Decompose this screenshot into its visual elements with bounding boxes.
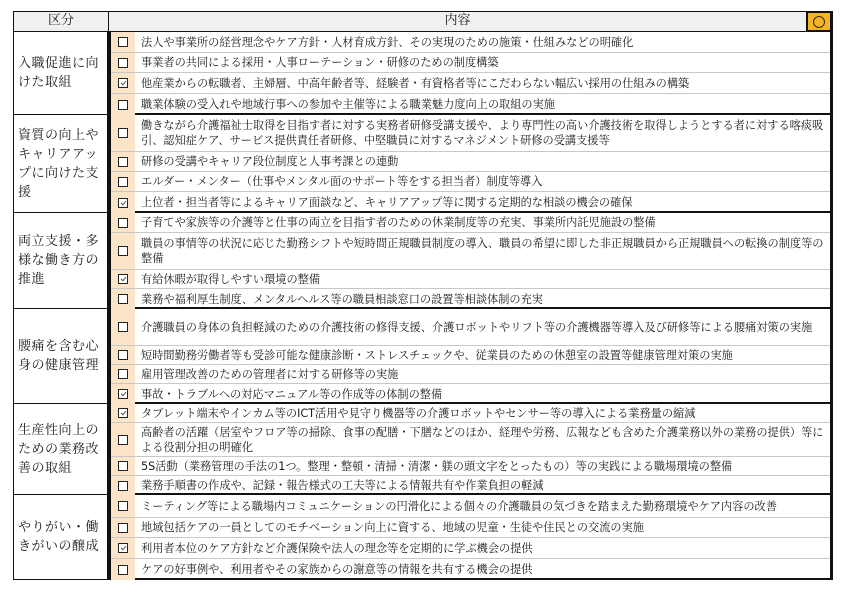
list-item: 有給休暇が取得しやすい環境の整備 <box>111 270 830 289</box>
unchecked-checkbox[interactable] <box>118 435 128 445</box>
unchecked-checkbox[interactable] <box>118 157 128 167</box>
item-text: 職員の事情等の状況に応じた勤務シフトや短時間正規職員制度の導入、職員の希望に即し… <box>141 233 830 269</box>
unchecked-checkbox[interactable] <box>118 501 128 511</box>
list-item: 職業体験の受入れや地域行事への参加や主催等による職業魅力度向上の取組の実施 <box>111 94 830 115</box>
checked-checkbox[interactable] <box>118 78 128 88</box>
unchecked-checkbox[interactable] <box>118 350 128 360</box>
list-item: 業務手順書の作成や、記録・報告様式の工夫等による情報共有や作業負担の軽減 <box>111 476 830 495</box>
section: 資質の向上やキャリアアップに向けた支援働きながら介護福祉士取得を目指す者に対する… <box>13 115 833 213</box>
item-text: 職業体験の受入れや地域行事への参加や主催等による職業魅力度向上の取組の実施 <box>141 94 830 115</box>
list-item: 利用者本位のケア方針など介護保険や法人の理念等を定期的に学ぶ機会の提供 <box>111 538 830 559</box>
circle-mark-icon <box>806 11 832 32</box>
items-list: 介護職員の身体の負担軽減のための介護技術の修得支援、介護ロボットやリフト等の介護… <box>108 309 833 404</box>
list-item: 地域包括ケアの一員としてのモチベーション向上に資する、地域の児童・生徒や住民との… <box>111 518 830 538</box>
list-item: 研修の受講やキャリア段位制度と人事考課との連動 <box>111 152 830 172</box>
item-text: 地域包括ケアの一員としてのモチベーション向上に資する、地域の児童・生徒や住民との… <box>141 518 830 537</box>
checkbox-cell <box>111 309 135 345</box>
unchecked-checkbox[interactable] <box>118 100 128 110</box>
checkbox-cell <box>111 32 135 52</box>
list-item: 事故・トラブルへの対応マニュアル等の作成等の体制の整備 <box>111 384 830 404</box>
checkbox-cell <box>111 233 135 269</box>
items-list: タブレット端末やインカム等のICT活用や見守り機器等の介護ロボットやセンサー等の… <box>108 404 833 495</box>
item-text: ミーティング等による職場内コミュニケーションの円滑化による個々の介護職員の気づき… <box>141 495 830 517</box>
category-label: 資質の向上やキャリアアップに向けた支援 <box>13 115 108 213</box>
checked-checkbox[interactable] <box>118 408 128 418</box>
section: 入職促進に向けた取組法人や事業所の経営理念やケア方針・人材育成方針、その実現のた… <box>13 32 833 115</box>
section: 生産性向上のための業務改善の取組タブレット端末やインカム等のICT活用や見守り機… <box>13 404 833 495</box>
item-text: 業務手順書の作成や、記録・報告様式の工夫等による情報共有や作業負担の軽減 <box>141 476 830 495</box>
category-label: 両立支援・多様な働き方の推進 <box>13 213 108 309</box>
checkbox-cell <box>111 423 135 456</box>
header-content: 内容 <box>109 12 806 31</box>
item-text: 利用者本位のケア方針など介護保険や法人の理念等を定期的に学ぶ機会の提供 <box>141 538 830 558</box>
unchecked-checkbox[interactable] <box>118 37 128 47</box>
item-text: 上位者・担当者等によるキャリア面談など、キャリアアップ等に関する定期的な相談の機… <box>141 192 830 213</box>
section: 腰痛を含む心身の健康管理介護職員の身体の負担軽減のための介護技術の修得支援、介護… <box>13 309 833 404</box>
item-text: 介護職員の身体の負担軽減のための介護技術の修得支援、介護ロボットやリフト等の介護… <box>141 309 830 345</box>
list-item: 事業者の共同による採用・人事ローテーション・研修のための制度構築 <box>111 53 830 73</box>
unchecked-checkbox[interactable] <box>118 322 128 332</box>
checkbox-cell <box>111 289 135 309</box>
checkbox-cell <box>111 152 135 171</box>
items-list: 法人や事業所の経営理念やケア方針・人材育成方針、その実現のための施策・仕組みなど… <box>108 32 833 115</box>
item-text: 雇用管理改善のための管理者に対する研修等の実施 <box>141 365 830 383</box>
unchecked-checkbox[interactable] <box>118 369 128 379</box>
category-label: 生産性向上のための業務改善の取組 <box>13 404 108 495</box>
item-text: エルダー・メンター（仕事やメンタル面のサポート等をする担当者）制度等導入 <box>141 172 830 191</box>
checked-checkbox[interactable] <box>118 543 128 553</box>
list-item: ケアの好事例や、利用者やその家族からの謝意等の情報を共有する機会の提供 <box>111 559 830 580</box>
list-item: 高齢者の活躍（居室やフロア等の掃除、食事の配膳・下膳などのほか、経理や労務、広報… <box>111 423 830 457</box>
list-item: エルダー・メンター（仕事やメンタル面のサポート等をする担当者）制度等導入 <box>111 172 830 192</box>
list-item: ミーティング等による職場内コミュニケーションの円滑化による個々の介護職員の気づき… <box>111 495 830 518</box>
item-text: 働きながら介護福祉士取得を目指す者に対する実務者研修受講支援や、より専門性の高い… <box>141 115 830 151</box>
checked-checkbox[interactable] <box>118 198 128 208</box>
item-text: 子育てや家族等の介護等と仕事の両立を目指す者のための休業制度等の充実、事業所内託… <box>141 213 830 232</box>
checkbox-cell <box>111 538 135 558</box>
checkbox-cell <box>111 365 135 383</box>
item-text: 事故・トラブルへの対応マニュアル等の作成等の体制の整備 <box>141 384 830 404</box>
checkbox-cell <box>111 213 135 232</box>
checkbox-cell <box>111 73 135 93</box>
checked-checkbox[interactable] <box>118 274 128 284</box>
list-item: 他産業からの転職者、主婦層、中高年齢者等、経験者・有資格者等にこだわらない幅広い… <box>111 73 830 94</box>
item-text: 短時間勤務労働者等も受診可能な健康診断・ストレスチェックや、従業員のための休憩室… <box>141 346 830 364</box>
table-header: 区分 内容 <box>13 11 833 32</box>
checkbox-cell <box>111 53 135 72</box>
unchecked-checkbox[interactable] <box>118 481 128 491</box>
list-item: 職員の事情等の状況に応じた勤務シフトや短時間正規職員制度の導入、職員の希望に即し… <box>111 233 830 270</box>
category-label: 腰痛を含む心身の健康管理 <box>13 309 108 404</box>
checkbox-cell <box>111 476 135 495</box>
list-item: 介護職員の身体の負担軽減のための介護技術の修得支援、介護ロボットやリフト等の介護… <box>111 309 830 346</box>
category-label: やりがい・働きがいの醸成 <box>13 495 108 580</box>
unchecked-checkbox[interactable] <box>118 218 128 228</box>
list-item: 働きながら介護福祉士取得を目指す者に対する実務者研修受講支援や、より専門性の高い… <box>111 115 830 152</box>
checkbox-cell <box>111 404 135 422</box>
unchecked-checkbox[interactable] <box>118 128 128 138</box>
item-text: 有給休暇が取得しやすい環境の整備 <box>141 270 830 288</box>
checkbox-cell <box>111 115 135 151</box>
list-item: 業務や福利厚生制度、メンタルヘルス等の職員相談窓口の設置等相談体制の充実 <box>111 289 830 309</box>
items-list: 働きながら介護福祉士取得を目指す者に対する実務者研修受講支援や、より専門性の高い… <box>108 115 833 213</box>
unchecked-checkbox[interactable] <box>118 461 128 471</box>
items-list: 子育てや家族等の介護等と仕事の両立を目指す者のための休業制度等の充実、事業所内託… <box>108 213 833 309</box>
unchecked-checkbox[interactable] <box>118 294 128 304</box>
list-item: 雇用管理改善のための管理者に対する研修等の実施 <box>111 365 830 384</box>
item-text: 業務や福利厚生制度、メンタルヘルス等の職員相談窓口の設置等相談体制の充実 <box>141 289 830 309</box>
checkbox-cell <box>111 172 135 191</box>
item-text: 他産業からの転職者、主婦層、中高年齢者等、経験者・有資格者等にこだわらない幅広い… <box>141 73 830 93</box>
checkbox-cell <box>111 346 135 364</box>
list-item: 法人や事業所の経営理念やケア方針・人材育成方針、その実現のための施策・仕組みなど… <box>111 32 830 53</box>
checkbox-cell <box>111 495 135 517</box>
checkbox-cell <box>111 559 135 580</box>
list-item: 子育てや家族等の介護等と仕事の両立を目指す者のための休業制度等の充実、事業所内託… <box>111 213 830 233</box>
unchecked-checkbox[interactable] <box>118 177 128 187</box>
unchecked-checkbox[interactable] <box>118 523 128 533</box>
checkbox-cell <box>111 384 135 404</box>
header-category: 区分 <box>14 12 109 31</box>
item-text: 5S活動（業務管理の手法の1つ。整理・整頓・清掃・清潔・躾の頭文字をとったもの）… <box>141 457 830 475</box>
item-text: 高齢者の活躍（居室やフロア等の掃除、食事の配膳・下膳などのほか、経理や労務、広報… <box>141 423 830 456</box>
item-text: ケアの好事例や、利用者やその家族からの謝意等の情報を共有する機会の提供 <box>141 559 830 580</box>
items-list: ミーティング等による職場内コミュニケーションの円滑化による個々の介護職員の気づき… <box>108 495 833 580</box>
unchecked-checkbox[interactable] <box>118 58 128 68</box>
list-item: 5S活動（業務管理の手法の1つ。整理・整頓・清掃・清潔・躾の頭文字をとったもの）… <box>111 457 830 476</box>
unchecked-checkbox[interactable] <box>118 246 128 256</box>
item-text: 事業者の共同による採用・人事ローテーション・研修のための制度構築 <box>141 53 830 72</box>
checked-checkbox[interactable] <box>118 389 128 399</box>
checkbox-cell <box>111 192 135 213</box>
list-item: 上位者・担当者等によるキャリア面談など、キャリアアップ等に関する定期的な相談の機… <box>111 192 830 213</box>
unchecked-checkbox[interactable] <box>118 565 128 575</box>
checkbox-cell <box>111 270 135 288</box>
checkbox-cell <box>111 94 135 115</box>
checkbox-cell <box>111 518 135 537</box>
section: やりがい・働きがいの醸成ミーティング等による職場内コミュニケーションの円滑化によ… <box>13 495 833 580</box>
checkbox-cell <box>111 457 135 475</box>
item-text: 研修の受講やキャリア段位制度と人事考課との連動 <box>141 152 830 171</box>
category-label: 入職促進に向けた取組 <box>13 32 108 115</box>
section: 両立支援・多様な働き方の推進子育てや家族等の介護等と仕事の両立を目指す者のための… <box>13 213 833 309</box>
list-item: 短時間勤務労働者等も受診可能な健康診断・ストレスチェックや、従業員のための休憩室… <box>111 346 830 365</box>
item-text: 法人や事業所の経営理念やケア方針・人材育成方針、その実現のための施策・仕組みなど… <box>141 32 830 52</box>
item-text: タブレット端末やインカム等のICT活用や見守り機器等の介護ロボットやセンサー等の… <box>141 404 830 422</box>
list-item: タブレット端末やインカム等のICT活用や見守り機器等の介護ロボットやセンサー等の… <box>111 404 830 423</box>
